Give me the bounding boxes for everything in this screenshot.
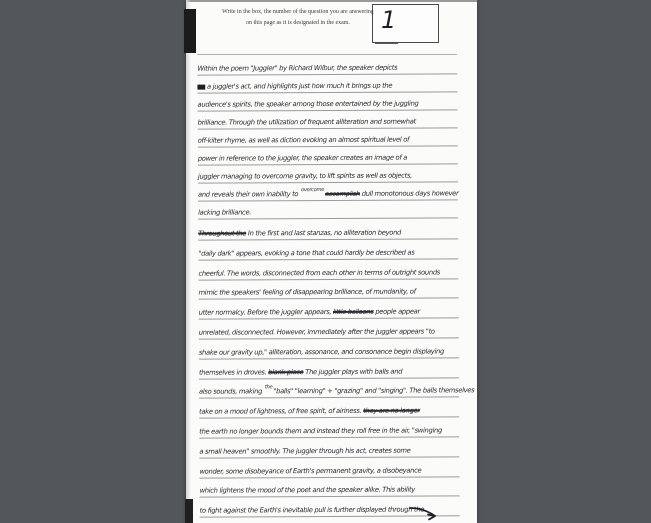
essay-line: audience's spirits, the speaker among th… xyxy=(197,94,457,111)
handwritten-text: dull monotonous days however xyxy=(360,189,459,198)
handwritten-text: unrelated, disconnected. However, immedi… xyxy=(199,327,435,336)
essay-line: which lightens the mood of the poet and … xyxy=(200,481,460,498)
handwritten-text: to fight against the Earth's inevitable … xyxy=(200,506,425,515)
scan-corner-mark-bottom xyxy=(185,499,193,523)
essay-line: power in reference to the juggler, the s… xyxy=(198,148,458,165)
essay-line: themselves in droves. blank place The ju… xyxy=(199,362,459,379)
crossed-out-text: Throughout the xyxy=(198,229,246,237)
handwritten-text: "balls" "learning" + "grazing" and "sing… xyxy=(273,387,474,396)
continuation-arrow-icon xyxy=(409,503,441,523)
inserted-word: overcome xyxy=(301,187,324,193)
crossed-out-text: an xyxy=(197,83,205,91)
scan-top-edge xyxy=(186,0,477,2)
crossed-out-text: little balloons xyxy=(333,308,374,316)
essay-line: "daily dark" appears, evoking a tone tha… xyxy=(198,243,458,260)
handwritten-text: In the first and last stanzas, no allite… xyxy=(246,229,401,238)
essay-line: wonder, some disobeyance of Earth's perm… xyxy=(199,461,459,478)
essay-line: and reveals their own inability to overc… xyxy=(198,184,458,201)
handwritten-text: and reveals their own inability to xyxy=(198,190,300,199)
essay-line: the earth no longer bounds them and inst… xyxy=(199,421,459,438)
inserted-word: the xyxy=(265,385,273,391)
scan-corner-mark-top xyxy=(184,9,196,53)
question-number: 1 xyxy=(381,6,396,34)
instruction-text: Write in the box, the number of the ques… xyxy=(218,7,378,29)
crossed-out-text: blank place xyxy=(268,368,303,376)
handwritten-text: utter normalcy. Before the juggler appea… xyxy=(199,308,333,317)
handwritten-text: shake our gravity up," alliteration, ass… xyxy=(199,347,444,356)
essay-line: mimic the speakers' feeling of disappear… xyxy=(198,283,458,300)
essay-line: also sounds, making the"balls" "learning… xyxy=(199,382,459,399)
handwritten-text: power in reference to the juggler, the s… xyxy=(198,154,407,163)
handwritten-text: which lightens the mood of the poet and … xyxy=(200,486,415,495)
essay-line: unrelated, disconnected. However, immedi… xyxy=(199,322,459,339)
handwritten-text: "daily dark" appears, evoking a tone tha… xyxy=(198,248,414,257)
instruction-line-1: Write in the box, the number of the ques… xyxy=(218,7,378,18)
handwritten-text: people appear xyxy=(373,308,419,316)
handwritten-text: themselves in droves. xyxy=(199,368,268,376)
handwritten-text: lacking brilliance. xyxy=(198,208,251,216)
essay-line: lacking brilliance. xyxy=(198,202,458,219)
handwritten-text: juggler managing to overcome gravity, to… xyxy=(198,172,412,181)
essay-line: an a juggler's act, and highlights just … xyxy=(197,76,457,93)
essay-line: a small heaven" smoothly. The juggler th… xyxy=(199,441,459,458)
handwritten-text: cheerful. The words, disconnected from e… xyxy=(198,268,440,277)
handwritten-text: take on a mood of lightness, of free spi… xyxy=(199,407,363,416)
handwritten-text: The juggler plays with balls and xyxy=(303,367,402,376)
scanned-exam-page: Write in the box, the number of the ques… xyxy=(186,0,477,523)
handwritten-text: also sounds, making xyxy=(199,388,264,396)
handwritten-text: the earth no longer bounds them and inst… xyxy=(199,426,442,435)
essay-line: Throughout the In the first and last sta… xyxy=(198,223,458,240)
crossed-out-text: accomplish xyxy=(325,190,360,198)
handwritten-text: wonder, some disobeyance of Earth's perm… xyxy=(199,466,421,475)
handwritten-text: off-kilter rhyme, as well as diction evo… xyxy=(198,136,409,145)
question-number-underline xyxy=(375,43,398,44)
essay-line: Within the poem "Juggler" by Richard Wil… xyxy=(197,58,457,75)
ruled-line-empty xyxy=(197,54,457,55)
essay-line: shake our gravity up," alliteration, ass… xyxy=(199,342,459,359)
scan-left-shadow xyxy=(186,0,191,523)
instruction-line-2: on this page as it is designated in the … xyxy=(218,18,378,29)
essay-line: off-kilter rhyme, as well as diction evo… xyxy=(198,130,458,147)
essay-line: juggler managing to overcome gravity, to… xyxy=(198,166,458,183)
viewer-background: Write in the box, the number of the ques… xyxy=(0,0,651,523)
essay-line: take on a mood of lightness, of free spi… xyxy=(199,402,459,419)
essay-line: cheerful. The words, disconnected from e… xyxy=(198,263,458,280)
handwritten-text: audience's spirits, the speaker among th… xyxy=(198,100,419,109)
essay-line: brilliance. Through the utilization of f… xyxy=(198,112,458,129)
handwritten-text: Within the poem "Juggler" by Richard Wil… xyxy=(197,64,397,73)
essay-line: utter normalcy. Before the juggler appea… xyxy=(199,303,459,320)
handwritten-text: a small heaven" smoothly. The juggler th… xyxy=(199,446,410,455)
handwritten-text: brilliance. Through the utilization of f… xyxy=(198,118,416,127)
handwritten-text: mimic the speakers' feeling of disappear… xyxy=(199,288,416,297)
question-number-box: 1 xyxy=(372,4,439,43)
handwritten-text: a juggler's act, and highlights just how… xyxy=(205,82,392,91)
crossed-out-text: they are no longer xyxy=(363,407,420,415)
